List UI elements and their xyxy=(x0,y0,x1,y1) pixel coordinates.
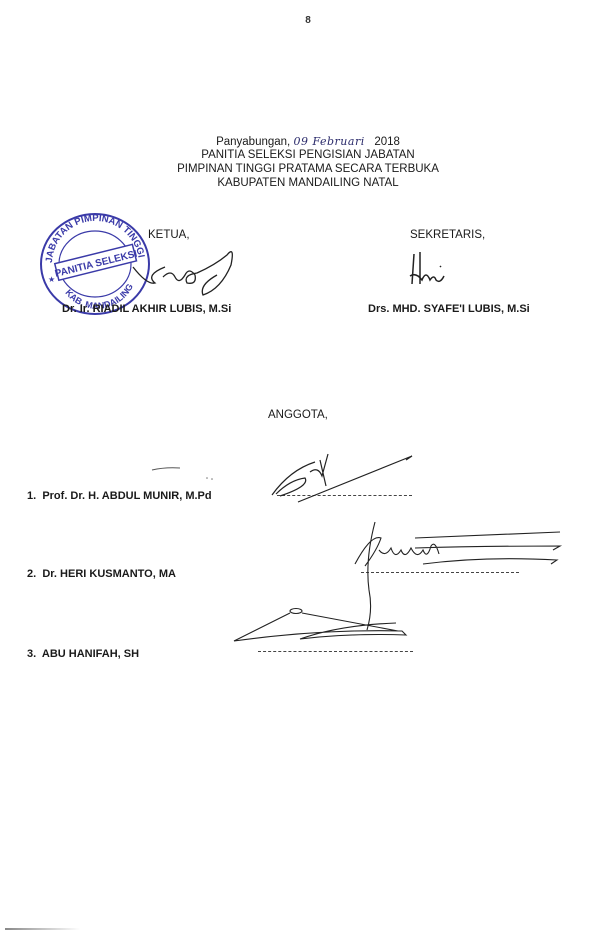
place-date-line: Panyabungan, 09 Februari 2018 xyxy=(0,135,616,149)
member-row: 2. Dr. HERI KUSMANTO, MA xyxy=(27,568,176,580)
members-label: ANGGOTA, xyxy=(268,409,328,421)
stray-mark-icon xyxy=(150,466,220,486)
member-row: 3. ABU HANIFAH, SH xyxy=(27,648,139,660)
member-name: Prof. Dr. H. ABDUL MUNIR, M.Pd xyxy=(42,490,211,502)
member-name: ABU HANIFAH, SH xyxy=(42,648,139,660)
member-1-signature-icon xyxy=(270,450,420,505)
member-number: 3. xyxy=(27,648,36,660)
svg-text:★: ★ xyxy=(48,275,55,284)
secretary-role: SEKRETARIS, xyxy=(410,229,485,241)
page-number: 8 xyxy=(0,15,616,26)
chair-role: KETUA, xyxy=(148,229,190,241)
member-row: 1. Prof. Dr. H. ABDUL MUNIR, M.Pd xyxy=(27,490,212,502)
page-edge-mark xyxy=(5,928,80,930)
member-number: 2. xyxy=(27,568,36,580)
member-3-signature-icon xyxy=(230,605,410,645)
heading-line-3: KABUPATEN MANDAILING NATAL xyxy=(0,176,616,190)
place: Panyabungan, xyxy=(216,136,290,148)
year: 2018 xyxy=(374,136,400,148)
member-number: 1. xyxy=(27,490,36,502)
signature-line xyxy=(258,651,413,652)
heading-line-2: PIMPINAN TINGGI PRATAMA SECARA TERBUKA xyxy=(0,162,616,176)
chair-name: Dr. Ir. RIADIL AKHIR LUBIS, M.Si xyxy=(62,303,231,315)
secretary-name: Drs. MHD. SYAFE'I LUBIS, M.Si xyxy=(368,303,530,315)
member-name: Dr. HERI KUSMANTO, MA xyxy=(42,568,176,580)
committee-heading: PANITIA SELEKSI PENGISIAN JABATAN PIMPIN… xyxy=(0,148,616,190)
handwritten-date: 09 Februari xyxy=(293,135,364,148)
heading-line-1: PANITIA SELEKSI PENGISIAN JABATAN xyxy=(0,148,616,162)
chair-signature-icon xyxy=(125,245,245,300)
secretary-signature-icon xyxy=(408,250,458,290)
